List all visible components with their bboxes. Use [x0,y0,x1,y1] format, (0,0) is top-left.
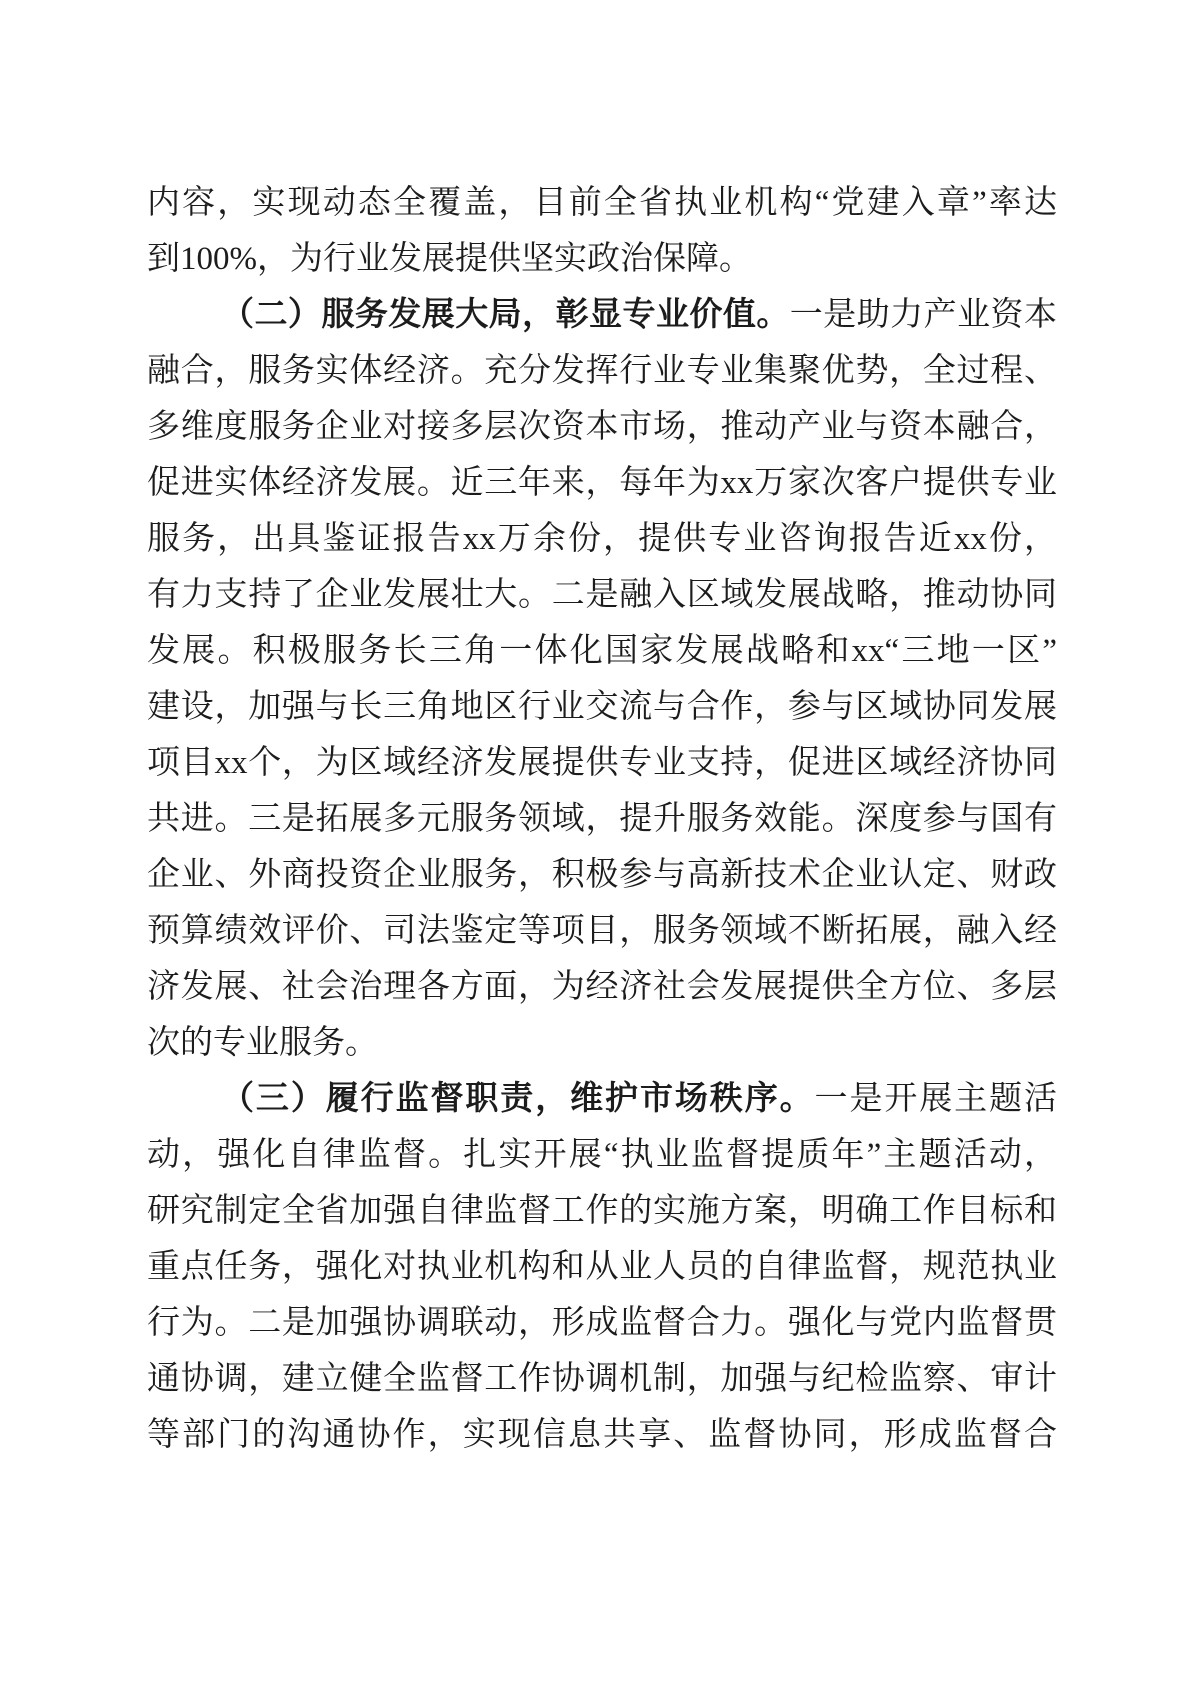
text-line: 共进。三是拓展多元服务领域，提升服务效能。深度参与国有 [147,791,1057,847]
text-run: 共进。三是拓展多元服务领域，提升服务效能。深度参与国有 [147,801,1057,837]
text-run: 次的专业服务。 [147,1025,378,1061]
text-line: （二）服务发展大局，彰显专业价值。一是助力产业资本 [147,287,1057,343]
text-run: 到100%，为行业发展提供坚实政治保障。 [147,241,752,277]
text-run: 企业、外商投资企业服务，积极参与高新技术企业认定、财政 [147,857,1057,893]
text-run: 融合，服务实体经济。充分发挥行业专业集聚优势，全过程、 [147,353,1057,389]
text-line: 等部门的沟通协作，实现信息共享、监督协同，形成监督合 [147,1407,1057,1463]
section-heading-run: （三）履行监督职责，维护市场秩序。 [221,1081,815,1117]
text-line: （三）履行监督职责，维护市场秩序。一是开展主题活 [147,1071,1057,1127]
document-body: 内容，实现动态全覆盖，目前全省执业机构“党建入章”率达到100%，为行业发展提供… [147,175,1057,1463]
text-line: 融合，服务实体经济。充分发挥行业专业集聚优势，全过程、 [147,343,1057,399]
text-line: 有力支持了企业发展壮大。二是融入区域发展战略，推动协同 [147,567,1057,623]
text-line: 次的专业服务。 [147,1015,1057,1071]
text-run: 重点任务，强化对执业机构和从业人员的自律监督，规范执业 [147,1249,1057,1285]
text-line: 预算绩效评价、司法鉴定等项目，服务领域不断拓展，融入经 [147,903,1057,959]
text-line: 发展。积极服务长三角一体化国家发展战略和xx“三地一区” [147,623,1057,679]
text-run: 服务，出具鉴证报告xx万余份，提供专业咨询报告近xx份， [147,521,1057,557]
text-run: 建设，加强与长三角地区行业交流与合作，参与区域协同发展 [147,689,1057,725]
text-line: 通协调，建立健全监督工作协调机制，加强与纪检监察、审计 [147,1351,1057,1407]
text-run: 促进实体经济发展。近三年来，每年为xx万家次客户提供专业 [147,465,1057,501]
document-page: 内容，实现动态全覆盖，目前全省执业机构“党建入章”率达到100%，为行业发展提供… [0,0,1190,1683]
text-run: 通协调，建立健全监督工作协调机制，加强与纪检监察、审计 [147,1361,1057,1397]
text-line: 行为。二是加强协调联动，形成监督合力。强化与党内监督贯 [147,1295,1057,1351]
text-run: 等部门的沟通协作，实现信息共享、监督协同，形成监督合 [147,1417,1057,1453]
text-line: 重点任务，强化对执业机构和从业人员的自律监督，规范执业 [147,1239,1057,1295]
text-line: 济发展、社会治理各方面，为经济社会发展提供全方位、多层 [147,959,1057,1015]
text-run: 预算绩效评价、司法鉴定等项目，服务领域不断拓展，融入经 [147,913,1057,949]
text-line: 到100%，为行业发展提供坚实政治保障。 [147,231,1057,287]
text-run: 有力支持了企业发展壮大。二是融入区域发展战略，推动协同 [147,577,1057,613]
text-run: 研究制定全省加强自律监督工作的实施方案，明确工作目标和 [147,1193,1057,1229]
text-line: 建设，加强与长三角地区行业交流与合作，参与区域协同发展 [147,679,1057,735]
text-line: 项目xx个，为区域经济发展提供专业支持，促进区域经济协同 [147,735,1057,791]
text-run: 动，强化自律监督。扎实开展“执业监督提质年”主题活动， [147,1137,1057,1173]
text-line: 动，强化自律监督。扎实开展“执业监督提质年”主题活动， [147,1127,1057,1183]
text-run: 一是助力产业资本 [790,297,1057,333]
text-run: 项目xx个，为区域经济发展提供专业支持，促进区域经济协同 [147,745,1057,781]
text-line: 企业、外商投资企业服务，积极参与高新技术企业认定、财政 [147,847,1057,903]
text-run: 一是开展主题活 [815,1081,1057,1117]
text-run: 内容，实现动态全覆盖，目前全省执业机构“党建入章”率达 [147,185,1057,221]
text-run: 发展。积极服务长三角一体化国家发展战略和xx“三地一区” [147,633,1057,669]
text-line: 促进实体经济发展。近三年来，每年为xx万家次客户提供专业 [147,455,1057,511]
text-line: 内容，实现动态全覆盖，目前全省执业机构“党建入章”率达 [147,175,1057,231]
section-heading-run: （二）服务发展大局，彰显专业价值。 [221,297,790,333]
text-line: 服务，出具鉴证报告xx万余份，提供专业咨询报告近xx份， [147,511,1057,567]
text-line: 研究制定全省加强自律监督工作的实施方案，明确工作目标和 [147,1183,1057,1239]
text-run: 多维度服务企业对接多层次资本市场，推动产业与资本融合， [147,409,1057,445]
text-run: 行为。二是加强协调联动，形成监督合力。强化与党内监督贯 [147,1305,1057,1341]
text-run: 济发展、社会治理各方面，为经济社会发展提供全方位、多层 [147,969,1057,1005]
text-line: 多维度服务企业对接多层次资本市场，推动产业与资本融合， [147,399,1057,455]
